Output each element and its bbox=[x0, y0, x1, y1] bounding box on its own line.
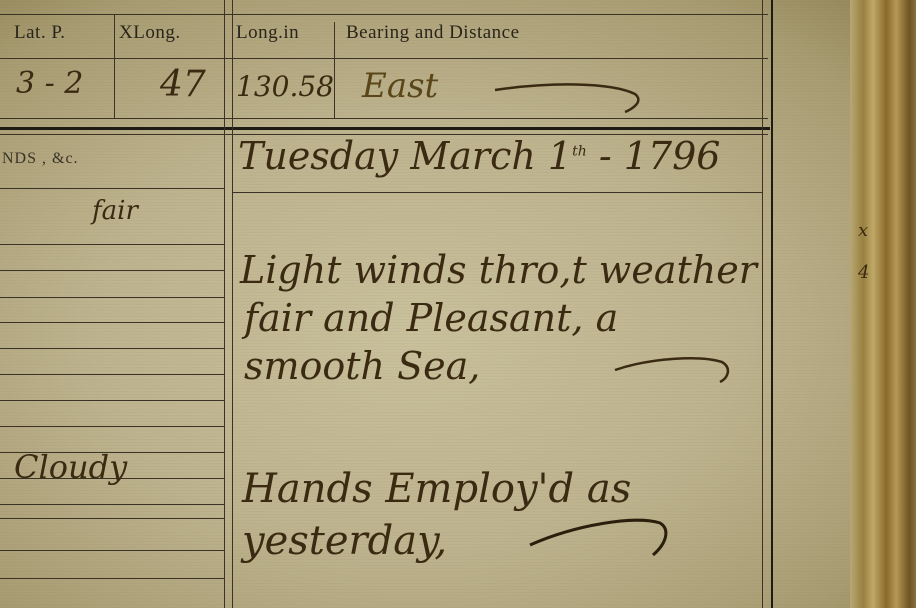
date-year: - 1796 bbox=[599, 134, 721, 178]
left-rule bbox=[0, 578, 224, 579]
yesterday-flourish bbox=[525, 505, 675, 565]
remarks-line-3: smooth Sea, bbox=[244, 344, 480, 388]
winds-header: NDS , &c. bbox=[2, 150, 79, 168]
page-edge bbox=[850, 0, 916, 608]
entry-cloudy: Cloudy bbox=[14, 448, 127, 486]
date-line: Tuesday March 1th - 1796 bbox=[238, 134, 720, 178]
margin-mark: x bbox=[858, 220, 868, 241]
entry-fair: fair bbox=[92, 196, 138, 226]
left-rule bbox=[0, 297, 224, 298]
left-rule bbox=[0, 244, 224, 245]
section-divider bbox=[0, 127, 770, 130]
col-divider-1 bbox=[114, 14, 115, 118]
header-top-rule bbox=[0, 14, 768, 15]
date-text: Tuesday March 1 bbox=[238, 134, 572, 178]
bearing-flourish bbox=[490, 80, 650, 120]
value-xlong: 47 bbox=[160, 64, 206, 105]
header-mid-rule bbox=[0, 58, 768, 59]
log-page: Lat. P. XLong. Long.in Bearing and Dista… bbox=[0, 0, 916, 608]
date-suffix: th bbox=[572, 143, 587, 159]
remarks-line-2: fair and Pleasant, a bbox=[244, 296, 618, 340]
right-border bbox=[771, 0, 773, 608]
left-rule bbox=[0, 400, 224, 401]
left-rule bbox=[0, 348, 224, 349]
value-longin: 130.58 bbox=[236, 70, 334, 103]
value-lat: 3 - 2 bbox=[16, 66, 83, 101]
col-header-bearing: Bearing and Distance bbox=[346, 22, 520, 44]
left-rule bbox=[0, 188, 224, 189]
left-rule bbox=[0, 270, 224, 271]
left-rule bbox=[0, 518, 224, 519]
col-header-xlong: XLong. bbox=[119, 22, 181, 44]
value-bearing: East bbox=[362, 66, 438, 106]
left-rule bbox=[0, 374, 224, 375]
left-rule bbox=[0, 322, 224, 323]
left-rule bbox=[0, 426, 224, 427]
remarks-line-5: yesterday, bbox=[242, 518, 447, 564]
remarks-line-1: Light winds thro,t weather bbox=[240, 248, 757, 292]
header-bottom-rule bbox=[0, 118, 768, 119]
right-border-inner bbox=[762, 0, 763, 608]
margin-mark: 4 bbox=[858, 262, 869, 283]
left-rule bbox=[0, 504, 224, 505]
left-rule bbox=[0, 550, 224, 551]
col-divider-2 bbox=[224, 0, 225, 608]
date-rule bbox=[232, 192, 762, 193]
col-header-longin: Long.in bbox=[236, 22, 299, 44]
sea-flourish bbox=[610, 350, 740, 390]
col-divider-3 bbox=[334, 22, 335, 118]
col-header-lat: Lat. P. bbox=[14, 22, 66, 44]
col-divider-2b bbox=[232, 0, 233, 608]
